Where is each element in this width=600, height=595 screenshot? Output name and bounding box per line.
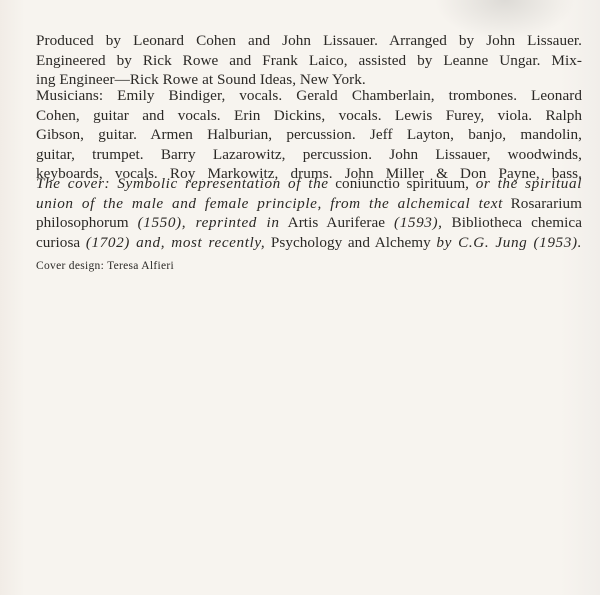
- musicians-line-3: Gibson, guitar. Armen Halburian, percuss…: [36, 125, 582, 144]
- cover-note-line-2: union of the male and female principle, …: [36, 194, 582, 213]
- roman-run: curiosa: [36, 234, 86, 251]
- musicians-line-2: Cohen, guitar and vocals. Erin Dickins, …: [36, 106, 582, 125]
- cover-note-line-3: philosophorum (1550), reprinted in Artis…: [36, 213, 582, 232]
- cover-note-line-4: curiosa (1702) and, most recently, Psych…: [36, 233, 582, 252]
- italic-run: The cover: Symbolic representation of th…: [36, 175, 329, 192]
- roman-run: Rosararium: [503, 195, 582, 212]
- roman-run: Psychology and Alchemy: [265, 234, 436, 251]
- italic-run: union of the male and female principle, …: [36, 195, 503, 212]
- roman-run: Artis Auriferae: [280, 214, 395, 231]
- roman-run: Bibliotheca chemica: [443, 214, 582, 231]
- italic-run: (1593),: [394, 214, 443, 231]
- musicians-line-1: Musicians: Emily Bindiger, vocals. Geral…: [36, 86, 582, 105]
- italic-run: by C.G. Jung (1953).: [436, 234, 582, 251]
- italic-run: (1550), reprinted in: [138, 214, 280, 231]
- roman-run: philosophorum: [36, 214, 138, 231]
- cover-note-line-1: The cover: Symbolic representation of th…: [36, 174, 582, 193]
- production-line-2: Engineered by Rick Rowe and Frank Laico,…: [36, 51, 582, 70]
- production-line-1: Produced by Leonard Cohen and John Lissa…: [36, 31, 582, 50]
- roman-run: coniunctio spirituum,: [329, 175, 476, 192]
- cover-design-text: Cover design: Teresa Alfieri: [36, 257, 582, 276]
- italic-run: or the spiritual: [476, 175, 582, 192]
- booklet-page: Produced by Leonard Cohen and John Lissa…: [0, 0, 600, 595]
- italic-run: (1702) and, most recently,: [86, 234, 265, 251]
- musicians-line-4: guitar, trumpet. Barry Lazarowitz, percu…: [36, 145, 582, 164]
